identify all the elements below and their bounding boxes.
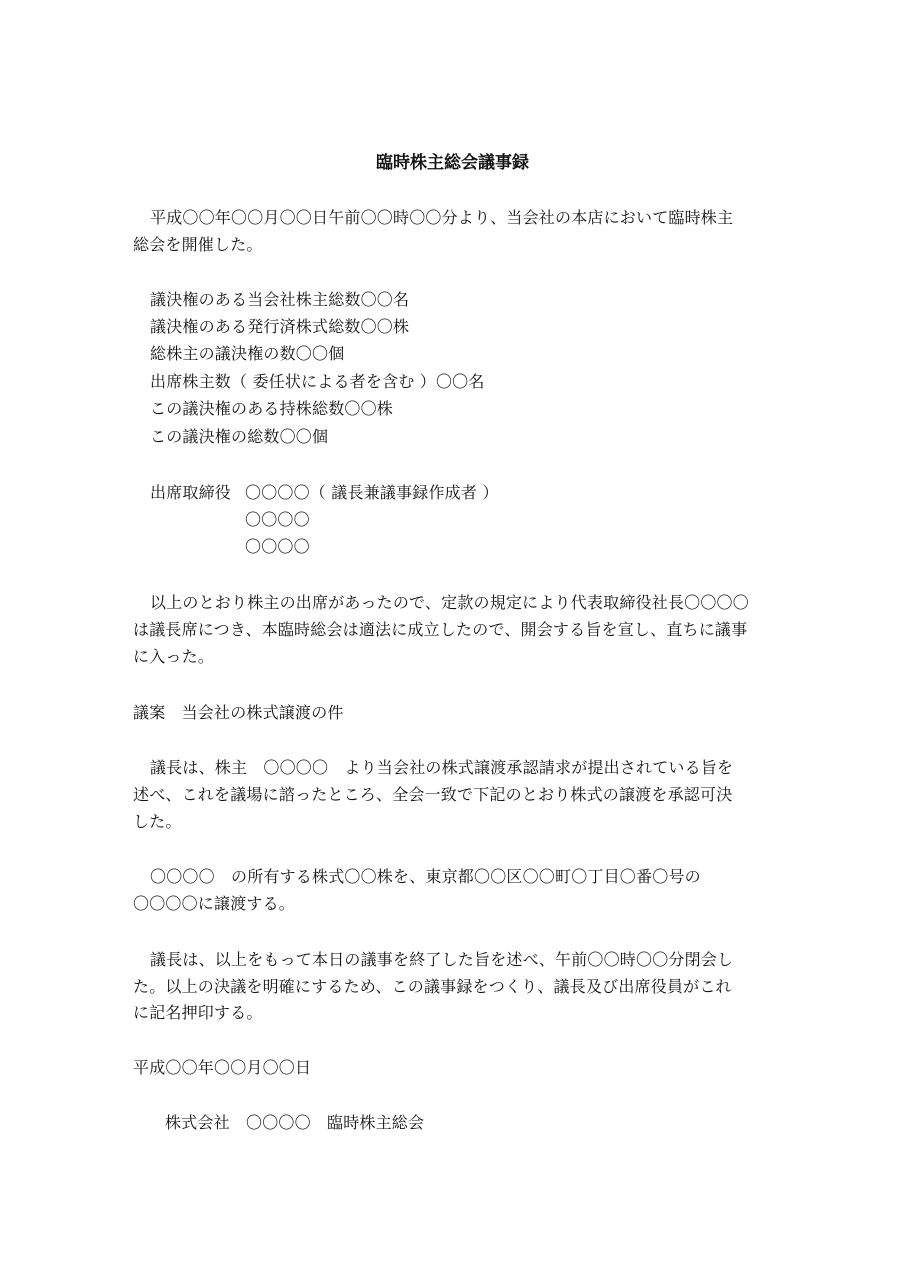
document-title: 臨時株主総会議事録	[0, 152, 905, 174]
closing-line-1: 議長は、以上をもって本日の議事を終了した旨を述べ、午前〇〇時〇〇分閉会し	[150, 950, 733, 970]
transfer-line-2: 〇〇〇〇に譲渡する。	[133, 894, 295, 914]
transfer-line-1: 〇〇〇〇 の所有する株式〇〇株を、東京都〇〇区〇〇町〇丁目〇番〇号の	[150, 867, 701, 887]
attendance-item-issued-shares: 議決権のある発行済株式総数〇〇株	[150, 317, 409, 337]
attendance-item-present-shares: この議決権のある持株総数〇〇株	[150, 399, 393, 419]
resolution-line-3: した。	[133, 812, 182, 832]
closing-line-3: に記名押印する。	[133, 1003, 263, 1023]
opening-line-2: は議長席につき、本臨時総会は適法に成立したので、開会する旨を宣し、直ちに議事	[133, 620, 747, 640]
document-page: 臨時株主総会議事録 平成〇〇年〇〇月〇〇日午前〇〇時〇〇分より、当会社の本店にお…	[0, 0, 905, 1280]
closing-line-2: た。以上の決議を明確にするため、この議事録をつくり、議長及び出席役員がこれ	[133, 977, 732, 997]
intro-line-1: 平成〇〇年〇〇月〇〇日午前〇〇時〇〇分より、当会社の本店において臨時株主	[150, 208, 733, 228]
attendance-item-present-votes: この議決権の総数〇〇個	[150, 427, 328, 447]
director-name-1: 〇〇〇〇（ 議長兼議事録作成者 ）	[245, 483, 499, 503]
document-date: 平成〇〇年〇〇月〇〇日	[133, 1058, 311, 1078]
signature-line: 株式会社 〇〇〇〇 臨時株主総会	[165, 1113, 424, 1133]
resolution-line-1: 議長は、株主 〇〇〇〇 より当会社の株式譲渡承認請求が提出されている旨を	[150, 758, 733, 778]
agenda-heading: 議案 当会社の株式譲渡の件	[133, 703, 344, 723]
director-name-2: 〇〇〇〇	[245, 510, 310, 530]
attendance-item-total-votes: 総株主の議決権の数〇〇個	[150, 344, 344, 364]
opening-line-3: に入った。	[133, 647, 214, 667]
opening-line-1: 以上のとおり株主の出席があったので、定款の規定により代表取締役社長〇〇〇〇	[150, 593, 749, 613]
resolution-line-2: 述べ、これを議場に諮ったところ、全会一致で下記のとおり株式の譲渡を承認可決	[133, 785, 732, 805]
attendance-item-present-shareholders: 出席株主数（ 委任状による者を含む ）〇〇名	[150, 372, 485, 392]
director-name-3: 〇〇〇〇	[245, 537, 310, 557]
attendance-item-shareholders: 議決権のある当会社株主総数〇〇名	[150, 290, 409, 310]
directors-label: 出席取締役	[150, 483, 231, 503]
intro-line-2: 総会を開催した。	[133, 235, 263, 255]
